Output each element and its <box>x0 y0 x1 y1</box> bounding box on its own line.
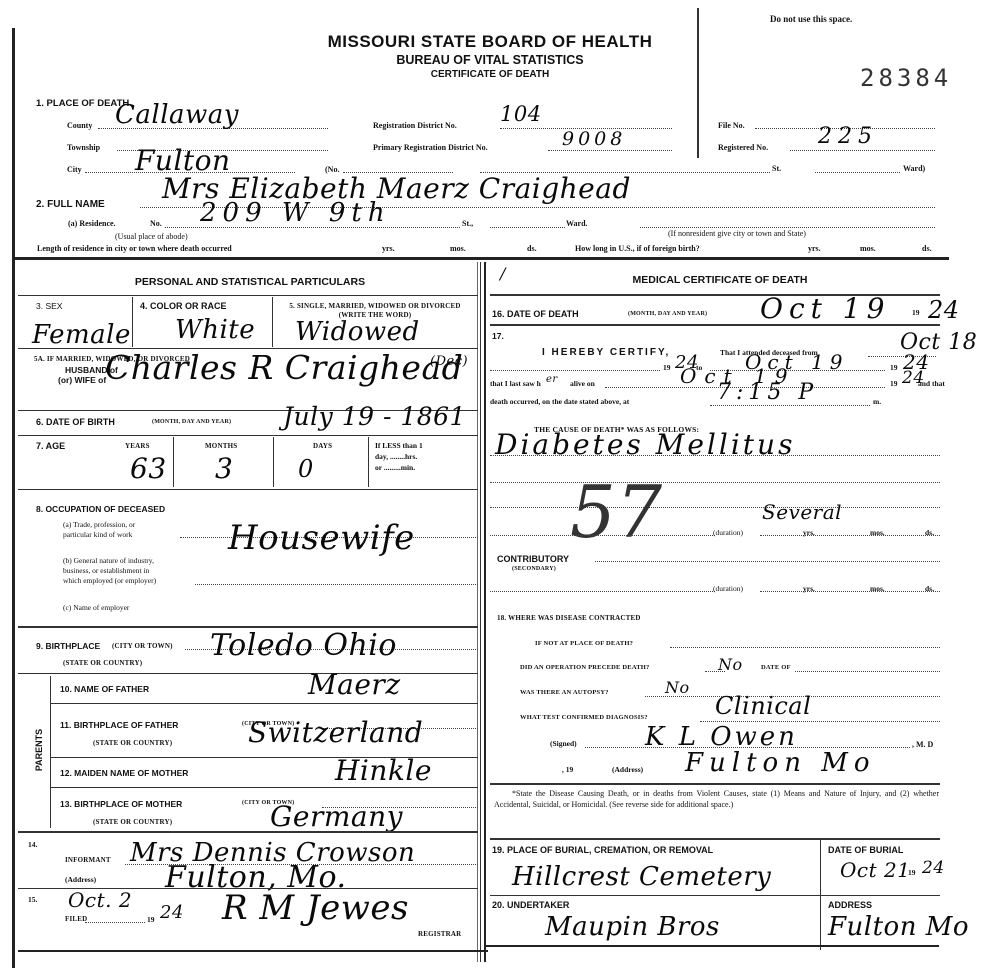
parents-side-label: PARENTS <box>34 715 44 785</box>
footnote: *State the Disease Causing Death, or in … <box>494 788 939 810</box>
dod-sub: (MONTH, DAY AND YEAR) <box>628 311 707 317</box>
personal-heading: PERSONAL AND STATISTICAL PARTICULARS <box>20 276 480 288</box>
time-of-death-value[interactable]: 7:15 P <box>717 380 818 405</box>
months-label: Months <box>205 442 237 450</box>
burial-date-value[interactable]: Oct 21 <box>840 858 910 882</box>
burial-date-label: DATE OF BURIAL <box>828 845 903 855</box>
city-label: City <box>67 165 82 174</box>
last-saw-pronoun[interactable]: er <box>546 374 558 385</box>
dob-label: 6. DATE OF BIRTH <box>36 417 115 427</box>
length-residence-label: Length of residence in city or town wher… <box>37 244 232 253</box>
reg-district-label: Registration District No. <box>373 121 457 130</box>
foreign-birth-label: How long in U.S., if of foreign birth? <box>575 244 700 253</box>
reserved-divider <box>697 8 699 158</box>
years-label: Years <box>125 442 150 450</box>
ward-label: Ward) <box>903 164 925 173</box>
sex-value[interactable]: Female <box>32 320 131 350</box>
dob-value[interactable]: July 19 - 1861 <box>283 402 466 431</box>
birthplace-value[interactable]: Toledo Ohio <box>210 628 397 663</box>
nonresident-note: (If nonresident give city or town and St… <box>668 229 806 238</box>
residence-value[interactable]: 209 W 9th <box>200 198 391 228</box>
registrar-signature[interactable]: R M Jewes <box>222 888 409 928</box>
duration-value[interactable]: Several <box>762 500 842 524</box>
contracted-field[interactable] <box>670 647 940 648</box>
contributory-field[interactable] <box>595 561 940 562</box>
stamp-number: 28384 <box>860 64 952 92</box>
less-than-label: If LESS than 1 <box>375 441 423 450</box>
bureau-subtitle: BUREAU OF VITAL STATISTICS <box>280 53 700 67</box>
occupation-value[interactable]: Housewife <box>228 518 415 558</box>
county-value[interactable]: Callaway <box>115 100 239 130</box>
spouse-note: (Dec) <box>430 354 468 369</box>
registered-no-value[interactable]: 225 <box>818 124 878 149</box>
residence-label: (a) Residence. <box>68 219 116 228</box>
check-mark-icon: / <box>500 264 506 283</box>
dob-sub: (MONTH, DAY AND YEAR) <box>152 419 231 425</box>
employer-label: (c) Name of employer <box>63 603 129 612</box>
age-label: 7. AGE <box>36 441 65 451</box>
sex-label: 3. SEX <box>36 301 62 311</box>
section-divider <box>14 257 949 260</box>
mother-label: 12. MAIDEN NAME OF MOTHER <box>60 768 188 778</box>
marital-value[interactable]: Widowed <box>295 317 420 347</box>
full-name-label: 2. FULL NAME <box>36 199 105 210</box>
mother-bp-label: 13. BIRTHPLACE OF MOTHER <box>60 799 182 809</box>
reserved-note: Do not use this space. <box>770 14 852 24</box>
undertaker-value[interactable]: Maupin Bros <box>545 912 720 942</box>
code-mark: 57 <box>570 470 663 554</box>
mother-bp-value[interactable]: Germany <box>270 800 403 833</box>
race-value[interactable]: White <box>175 315 255 345</box>
residence-no-label: No. <box>150 219 162 228</box>
spouse-label-3: (or) WIFE of <box>58 375 106 385</box>
mother-value[interactable]: Hinkle <box>335 754 432 787</box>
father-label: 10. NAME OF FATHER <box>60 684 149 694</box>
dod-label: 16. DATE OF DEATH <box>492 309 579 319</box>
cause-value[interactable]: Diabetes Mellitus <box>495 428 795 461</box>
birthplace-label: 9. BIRTHPLACE <box>36 641 100 651</box>
registrar-label: REGISTRAR <box>418 930 461 938</box>
years-value[interactable]: 63 <box>130 452 167 485</box>
undertaker-address-value[interactable]: Fulton Mo <box>828 912 969 942</box>
industry-field[interactable] <box>195 584 478 585</box>
occupation-label: 8. OCCUPATION OF DECEASED <box>36 504 165 514</box>
burial-place-value[interactable]: Hillcrest Cemetery <box>512 862 771 892</box>
father-bp-value[interactable]: Switzerland <box>248 716 423 749</box>
filed-date-value[interactable]: Oct. 2 <box>68 888 132 912</box>
left-border <box>12 28 15 968</box>
contracted-label: 18. Where was disease contracted <box>497 614 641 622</box>
form-name: CERTIFICATE OF DEATH <box>280 69 700 80</box>
burial-place-label: 19. PLACE OF BURIAL, CREMATION, OR REMOV… <box>492 845 713 855</box>
residence-st-label: St., <box>462 219 473 228</box>
months-value[interactable]: 3 <box>215 452 233 485</box>
days-label: Days <box>313 442 332 450</box>
residence-ward-label: Ward. <box>566 219 588 228</box>
primary-reg-label: Primary Registration District No. <box>373 143 488 152</box>
autopsy-value[interactable]: No <box>665 678 690 697</box>
informant-label: INFORMANT <box>65 856 111 864</box>
abode-note: (Usual place of abode) <box>115 232 188 241</box>
undertaker-address-label: ADDRESS <box>828 900 872 910</box>
burial-year-value[interactable]: 24 <box>922 858 945 878</box>
father-value[interactable]: Maerz <box>308 668 401 701</box>
filed-year-value[interactable]: 24 <box>160 902 184 923</box>
certify-text: I HEREBY CERTIFY, <box>542 347 670 358</box>
undertaker-label: 20. UNDERTAKER <box>492 900 569 910</box>
informant-address-label: (Address) <box>65 875 96 884</box>
dod-year-value[interactable]: 24 <box>928 296 960 324</box>
st-label: St. <box>772 164 781 173</box>
township-label: Township <box>67 143 100 152</box>
contributory-label: CONTRIBUTORY <box>497 554 569 564</box>
file-no-label: File No. <box>718 121 745 130</box>
reg-district-value[interactable]: 104 <box>500 102 542 126</box>
spouse-value[interactable]: Charles R Craighead <box>105 348 463 387</box>
father-bp-label: 11. BIRTHPLACE OF FATHER <box>60 720 178 730</box>
column-divider <box>484 262 486 962</box>
primary-reg-value[interactable]: 9008 <box>562 128 626 150</box>
days-value[interactable]: 0 <box>298 455 314 483</box>
test-value[interactable]: Clinical <box>715 692 811 720</box>
county-label: County <box>67 121 92 130</box>
race-label: 4. COLOR OR RACE <box>140 301 227 311</box>
operation-value[interactable]: No <box>718 655 743 674</box>
board-title: MISSOURI STATE BOARD OF HEALTH <box>280 32 700 52</box>
medical-heading: MEDICAL CERTIFICATE OF DEATH <box>530 274 910 286</box>
registered-no-label: Registered No. <box>718 143 768 152</box>
physician-address[interactable]: Fulton Mo <box>685 748 876 778</box>
dod-value[interactable]: Oct 19 <box>760 292 890 325</box>
